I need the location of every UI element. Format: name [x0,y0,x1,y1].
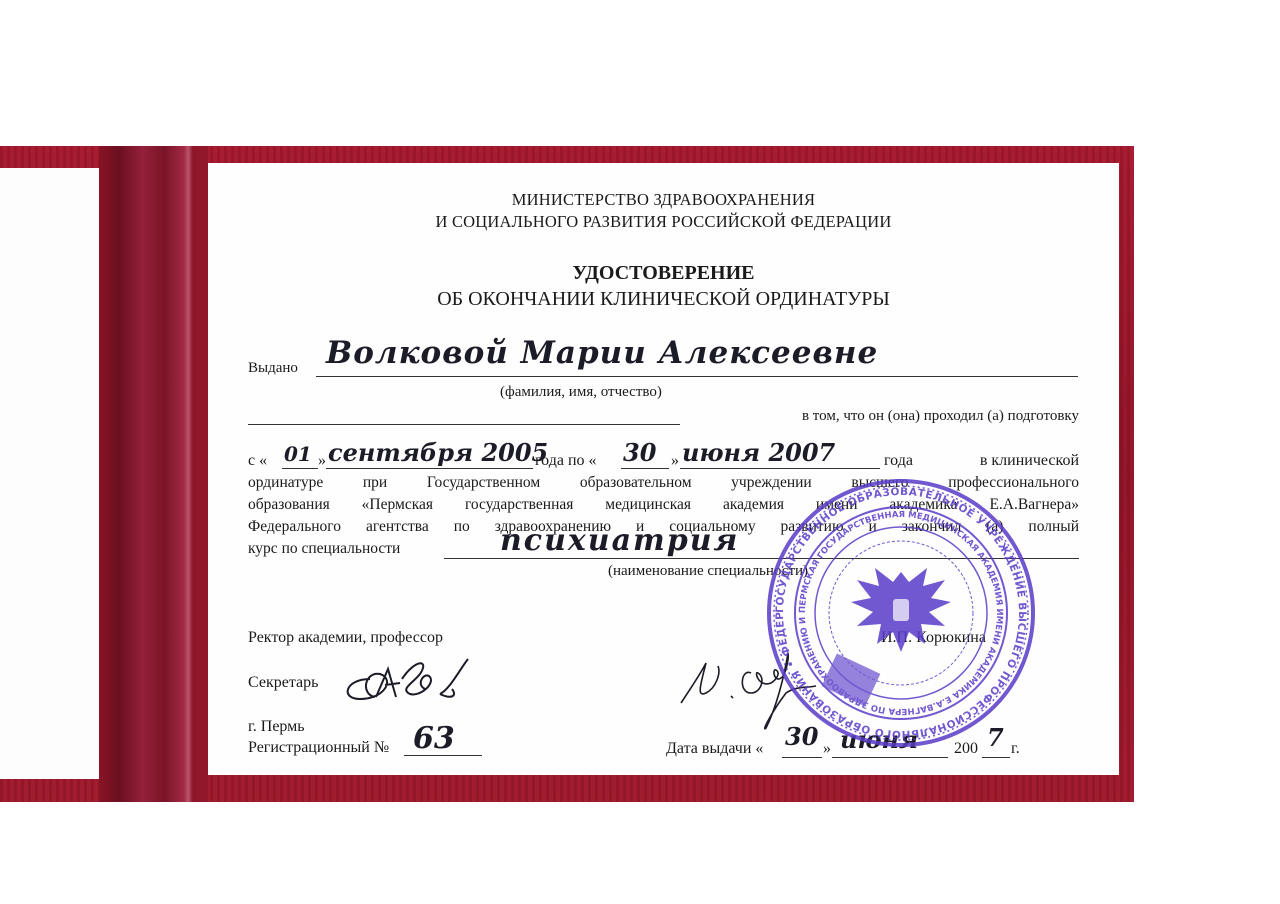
specialty-label: курс по специальности [248,540,400,558]
registration-number-handwritten: 63 [413,721,455,756]
from-day-close-quote: » [318,452,326,470]
eagle-emblem-icon [851,568,951,652]
training-text: в том, что он (она) проходил (а) подгото… [688,407,1079,425]
issue-year-underline [982,757,1010,758]
name-caption: (фамилия, имя, отчество) [500,383,662,401]
from-month-underline [326,468,533,469]
certificate-title: УДОСТОВЕРЕНИЕ [208,261,1119,285]
name-underline [316,376,1078,377]
to-day-underline [621,468,669,469]
issued-label: Выдано [248,359,298,377]
to-day-close-quote: » [671,452,679,470]
issue-month-underline [832,757,948,758]
issued-to-handwritten: Волковой Марии Алексеевне [326,335,878,371]
from-day-handwritten: 01 [284,442,312,466]
rector-label: Ректор академии, профессор [248,629,443,647]
official-stamp: ГОСУДАРСТВЕННОЕ ОБРАЗОВАТЕЛЬНОЕ УЧРЕЖДЕН… [765,477,1037,749]
period-from-prefix: с « [248,452,267,470]
secretary-signature [340,649,480,709]
certificate-subtitle: ОБ ОКОНЧАНИИ КЛИНИЧЕСКОЙ ОРДИНАТУРЫ [208,287,1119,311]
registration-label: Регистрационный № [248,739,389,757]
from-month-year-handwritten: сентября 2005 [328,438,548,467]
city-label: г. Пермь [248,718,305,736]
cover-spine [99,146,208,802]
issue-date-label: Дата выдачи « [666,740,763,758]
secretary-label: Секретарь [248,674,318,692]
to-day-handwritten: 30 [623,438,656,467]
left-inner-page [0,168,99,779]
blank-underline [248,424,680,425]
specialty-handwritten: психиатрия [500,523,739,558]
period-to-text: года по « [535,452,597,470]
year-suffix: года [884,452,913,470]
from-day-underline [282,468,318,469]
clinical-text: в клинической [948,452,1079,470]
ministry-line-1: МИНИСТЕРСТВО ЗДРАВООХРАНЕНИЯ [208,191,1119,209]
issue-day-underline [782,757,822,758]
to-month-underline [680,468,880,469]
to-month-year-handwritten: июня 2007 [682,438,835,467]
ministry-line-2: И СОЦИАЛЬНОГО РАЗВИТИЯ РОССИЙСКОЙ ФЕДЕРА… [208,213,1119,231]
